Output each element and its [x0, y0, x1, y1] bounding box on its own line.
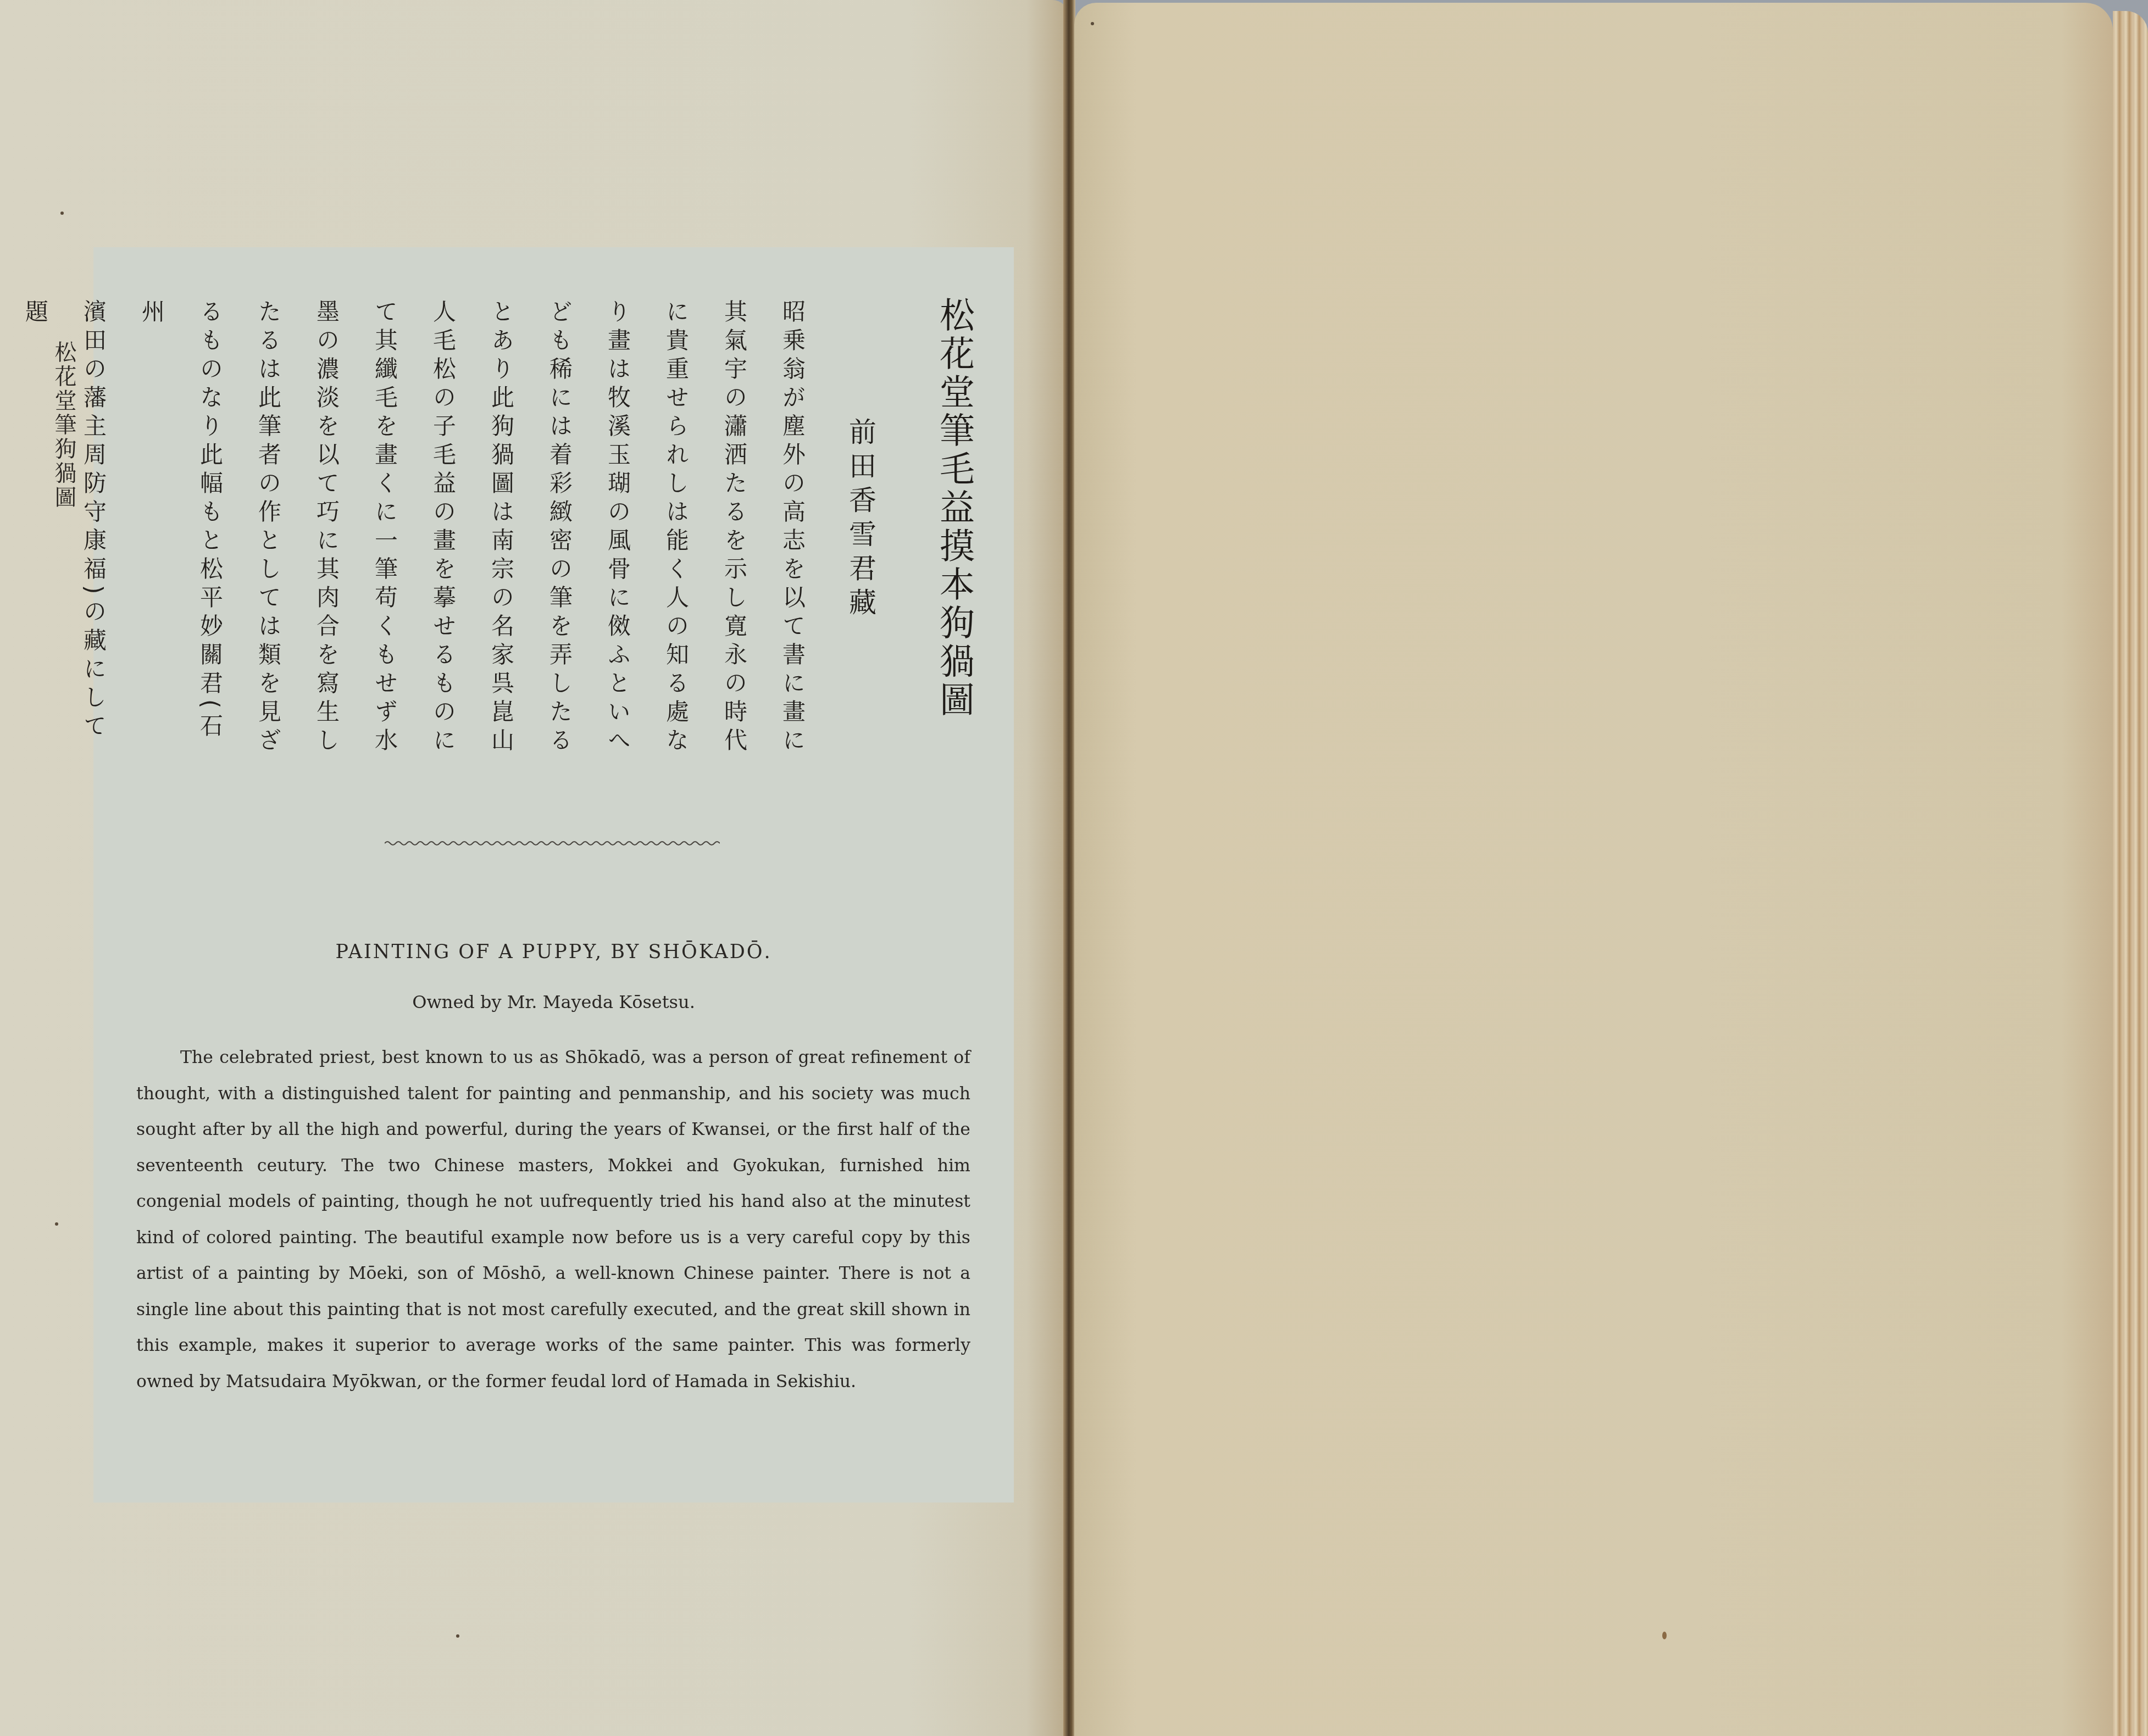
paper-speck	[60, 212, 64, 215]
paper-speck	[1662, 1632, 1667, 1639]
jp-column: 人毛松の子毛益の畫を摹せるものに	[414, 299, 472, 761]
japanese-owner: 前田香雪君藏	[841, 418, 880, 622]
english-title: PAINTING OF A PUPPY, BY SHŌKADŌ.	[93, 941, 1014, 963]
paper-speck	[1091, 22, 1094, 25]
english-body: The celebrated priest, best known to us …	[136, 1040, 970, 1400]
jp-column: 其氣宇の瀟洒たるを示し寛永の時代	[705, 299, 763, 761]
page-edge	[2113, 11, 2148, 1736]
jp-column: とあり此狗猧圖は南宗の名家呉崑山	[472, 299, 530, 761]
paper-speck	[55, 1222, 58, 1226]
english-owner: Owned by Mr. Mayeda Kōsetsu.	[93, 992, 1014, 1012]
right-page	[1074, 3, 2113, 1736]
jp-column: 濱田の藩主周防守康福)の藏にして題	[6, 299, 123, 761]
jp-column: たるは此筆者の作としては類を見ざ	[239, 299, 297, 761]
jp-column: て其纖毛を畫くに一筆苟くもせず水	[356, 299, 414, 761]
jp-column: 墨の濃淡を以て巧に其肉合を寫生し	[297, 299, 356, 761]
jp-column: 昭乗翁が塵外の高志を以て書に畫に	[763, 299, 822, 761]
japanese-title: 松花堂筆毛益摸本狗猧圖	[929, 297, 979, 720]
book-spread: 松花堂筆狗猧圖 松花堂筆毛益摸本狗猧圖 前田香雪君藏 昭乗翁が塵外の高志を以て書…	[0, 0, 2148, 1736]
wavy-divider	[385, 839, 720, 847]
jp-column: ども稀には着彩緻密の筆を弄したる	[530, 299, 589, 761]
jp-column: 籤は其自筆に係れりといふ	[0, 299, 6, 761]
book-gutter	[1063, 0, 1075, 1736]
jp-column: り畫は牧溪玉瑚の風骨に傚ふといへ	[589, 299, 647, 761]
left-page: 松花堂筆狗猧圖 松花堂筆毛益摸本狗猧圖 前田香雪君藏 昭乗翁が塵外の高志を以て書…	[0, 0, 1069, 1736]
jp-column: に貴重せられしは能く人の知る處な	[647, 299, 705, 761]
paper-speck	[456, 1634, 459, 1638]
japanese-body: 昭乗翁が塵外の高志を以て書に畫に 其氣宇の瀟洒たるを示し寛永の時代 に貴重せられ…	[124, 299, 822, 761]
jp-column: るものなり此幅もと松平妙關君(石州	[123, 299, 239, 761]
